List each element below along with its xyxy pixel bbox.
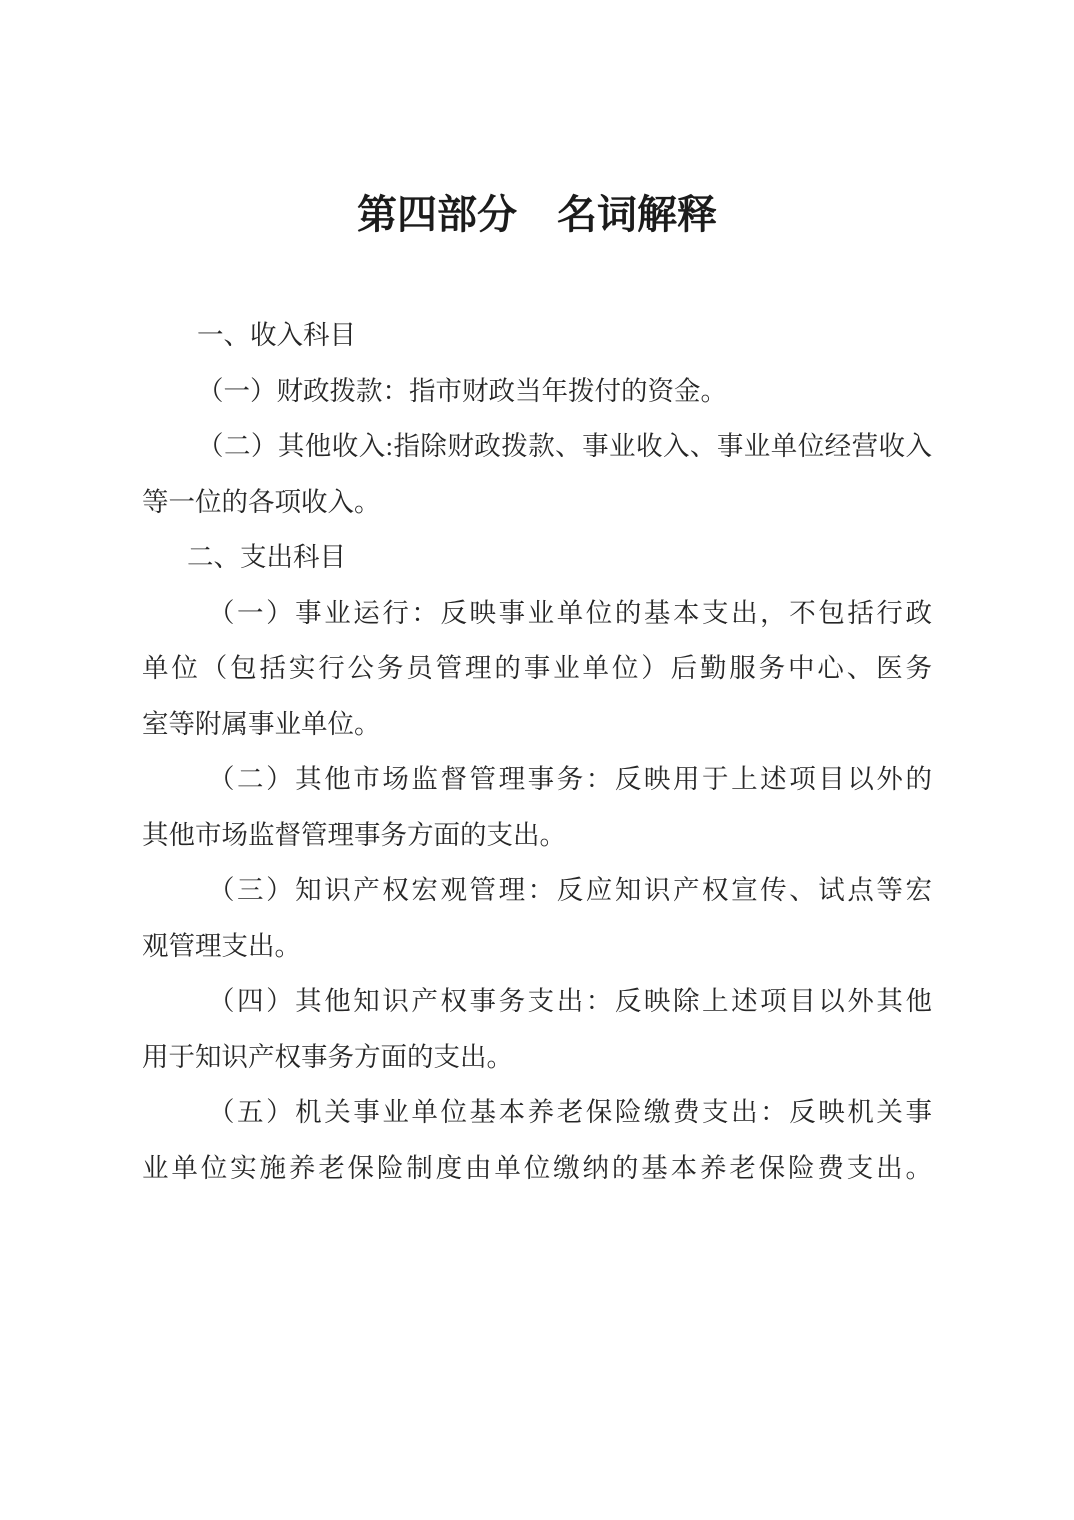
body-line: （一）事业运行：反映事业单位的基本支出，不包括行政 <box>142 586 932 642</box>
body-line: （四）其他知识产权事务支出：反映除上述项目以外其他 <box>142 974 932 1030</box>
body-line: （二）其他市场监督管理事务：反映用于上述项目以外的 <box>142 752 932 808</box>
body-line: （五）机关事业单位基本养老保险缴费支出：反映机关事 <box>142 1085 932 1141</box>
body-line: 观管理支出。 <box>142 919 932 975</box>
body-line: 业单位实施养老保险制度由单位缴纳的基本养老保险费支出。 <box>142 1141 932 1197</box>
document-page: 第四部分 名词解释 一、收入科目 （一）财政拨款：指市财政当年拨付的资金。 （二… <box>0 0 1074 1520</box>
body-line-section1-heading: 一、收入科目 <box>142 308 932 364</box>
document-body: 一、收入科目 （一）财政拨款：指市财政当年拨付的资金。 （二）其他收入:指除财政… <box>142 308 932 1196</box>
body-line: 单位（包括实行公务员管理的事业单位）后勤服务中心、医务 <box>142 641 932 697</box>
body-line: 用于知识产权事务方面的支出。 <box>142 1030 932 1086</box>
body-line: （二）其他收入:指除财政拨款、事业收入、事业单位经营收入 <box>142 419 932 475</box>
body-line: 其他市场监督管理事务方面的支出。 <box>142 808 932 864</box>
body-line: （一）财政拨款：指市财政当年拨付的资金。 <box>142 364 932 420</box>
body-line: 室等附属事业单位。 <box>142 697 932 753</box>
document-title: 第四部分 名词解释 <box>0 190 1074 240</box>
body-line: （三）知识产权宏观管理：反应知识产权宣传、试点等宏 <box>142 863 932 919</box>
body-line-section2-heading: 二、支出科目 <box>142 530 932 586</box>
body-line: 等一位的各项收入。 <box>142 475 932 531</box>
